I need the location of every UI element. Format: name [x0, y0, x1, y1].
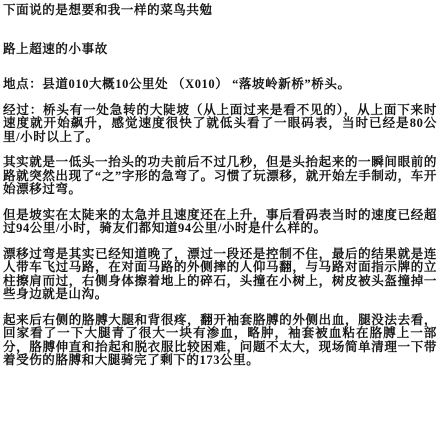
paragraph-location: 地点：县道010大概10公里处 （X010） “落坡岭新桥”桥头。	[3, 78, 437, 92]
paragraph-course-of-events: 经过：桥头有一处急转的大陡坡（从上面过来是看不见的），从上面下来时速度就开始飙升…	[3, 104, 437, 145]
paragraph-injuries: 起来后右侧的胳膊大腿和背很疼，翻开袖套胳膊的外侧出血，腿没法去看，回家看了一下大…	[3, 314, 437, 368]
paragraph-speed: 但是坡实在太陡来的太急并且速度还在上升，事后看码表当时的速度已经超过94公里/小…	[3, 209, 437, 236]
section-title: 路上超速的小事故	[3, 43, 437, 57]
intro-line: 下面说的是想要和我一样的菜鸟共勉	[3, 4, 437, 18]
paragraph-sudden-curve: 其实就是一低头一抬头的功夫前后不过几秒，但是头抬起来的一瞬间眼前的路就突然出现了…	[3, 156, 437, 197]
paragraph-crash: 漂移过弯是其实已经知道晚了，漂过一段还是控制不住，最后的结果就是连人带车飞过马路…	[3, 248, 437, 302]
document-page: 下面说的是想要和我一样的菜鸟共勉 路上超速的小事故 地点：县道010大概10公里…	[0, 0, 440, 447]
